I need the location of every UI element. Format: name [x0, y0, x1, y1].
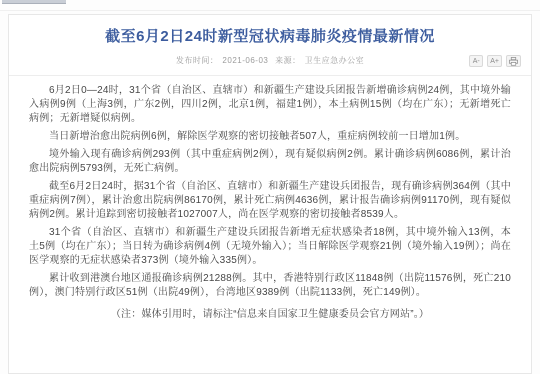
article-meta: 发布时间：2021-06-03 来源：卫生应急办公室 — [25, 55, 515, 66]
paragraph-media-note: （注：媒体引用时，请标注“信息来自国家卫生健康委员会官方网站”。） — [29, 308, 511, 320]
source-label: 来源： — [275, 56, 301, 65]
page-title: 截至6月2日24时新型冠状病毒肺炎疫情最新情况 — [25, 28, 515, 46]
paragraph-hk-macao-taiwan: 累计收到港澳台地区通报确诊病例21288例。其中，香港特别行政区11848例（出… — [29, 272, 511, 300]
paragraph-asymptomatic: 31个省（自治区、直辖市）和新疆生产建设兵团报告新增无症状感染者18例，其中境外… — [29, 226, 511, 268]
printer-icon — [509, 57, 518, 66]
publish-time-label: 发布时间： — [176, 56, 219, 65]
publish-time-value: 2021-06-03 — [222, 56, 268, 65]
top-partial-breadcrumb — [2, 0, 66, 4]
paragraph-new-cases: 6月2日0—24时，31个省（自治区、直辖市）和新疆生产建设兵团报告新增确诊病例… — [29, 84, 511, 126]
article-header: 截至6月2日24时新型冠状病毒肺炎疫情最新情况 发布时间：2021-06-03 … — [9, 15, 531, 76]
source-value: 卫生应急办公室 — [305, 56, 365, 65]
print-button[interactable] — [506, 55, 521, 67]
article-body: 6月2日0—24时，31个省（自治区、直辖市）和新疆生产建设兵团报告新增确诊病例… — [9, 76, 531, 320]
page-top-divider — [0, 10, 540, 11]
paragraph-cumulative: 截至6月2日24时，据31个省（自治区、直辖市）和新疆生产建设兵团报告，现有确诊… — [29, 180, 511, 222]
paragraph-recovered: 当日新增治愈出院病例6例，解除医学观察的密切接触者507人，重症病例较前一日增加… — [29, 130, 511, 144]
paragraph-imported: 境外输入现有确诊病例293例（其中重症病例2例），现有疑似病例2例。累计确诊病例… — [29, 148, 511, 176]
font-increase-button[interactable]: A+ — [487, 55, 502, 67]
font-print-toolbar: A- A+ — [469, 55, 521, 67]
article-card: 截至6月2日24时新型冠状病毒肺炎疫情最新情况 发布时间：2021-06-03 … — [8, 14, 532, 320]
font-decrease-button[interactable]: A- — [469, 55, 483, 67]
